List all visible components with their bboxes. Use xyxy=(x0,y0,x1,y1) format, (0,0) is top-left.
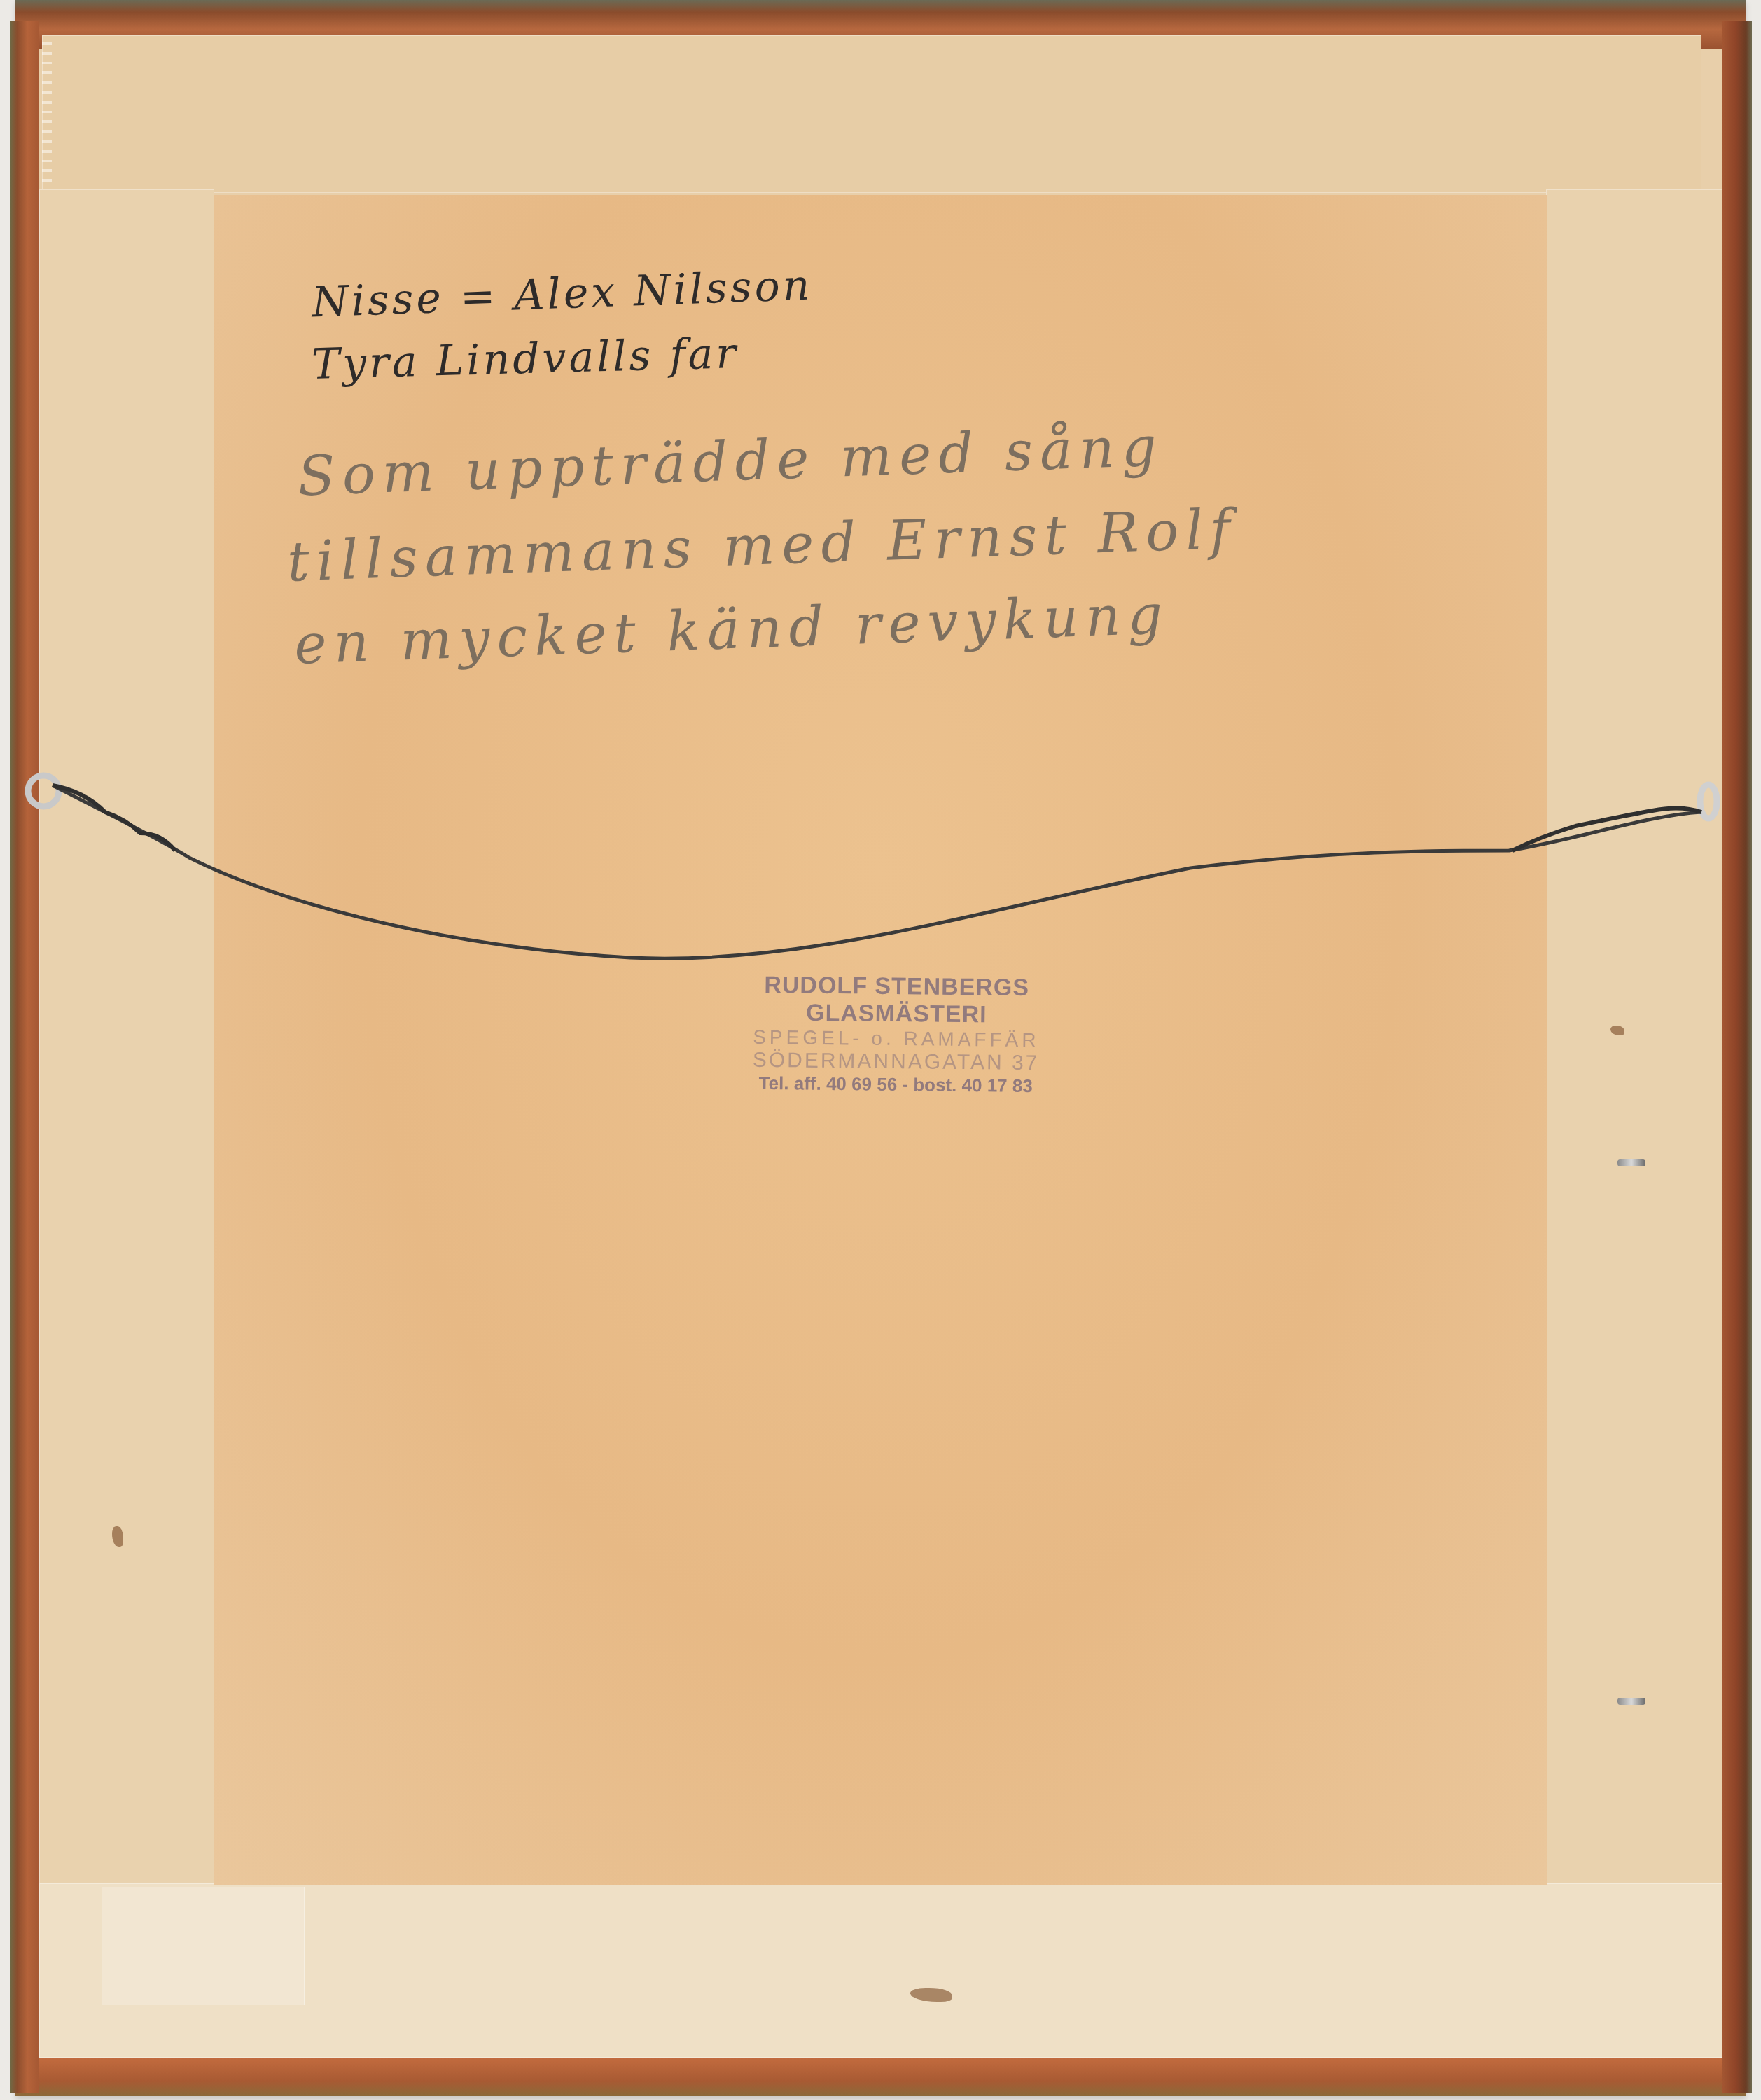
frame-bottom-rail xyxy=(15,2058,1746,2096)
stamp-line-4: Tel. aff. 40 69 56 - bost. 40 17 83 xyxy=(699,1072,1092,1098)
frame-right-rail xyxy=(1722,21,1752,2093)
tape-left xyxy=(39,189,214,1890)
tape-top xyxy=(42,35,1701,192)
tack-right-2 xyxy=(1617,1697,1645,1704)
frame-left-rail xyxy=(10,21,39,2093)
stamp-line-1: RUDOLF STENBERGS GLASMÄSTERI xyxy=(700,971,1093,1030)
tack-right-1 xyxy=(1617,1159,1645,1166)
tape-bottom-inner xyxy=(102,1886,305,2005)
tape-right xyxy=(1546,189,1722,1890)
stamp-line-3: SÖDERMANNAGATAN 37 xyxy=(699,1048,1092,1076)
glazier-stamp: RUDOLF STENBERGS GLASMÄSTERI SPEGEL- o. … xyxy=(699,971,1093,1098)
